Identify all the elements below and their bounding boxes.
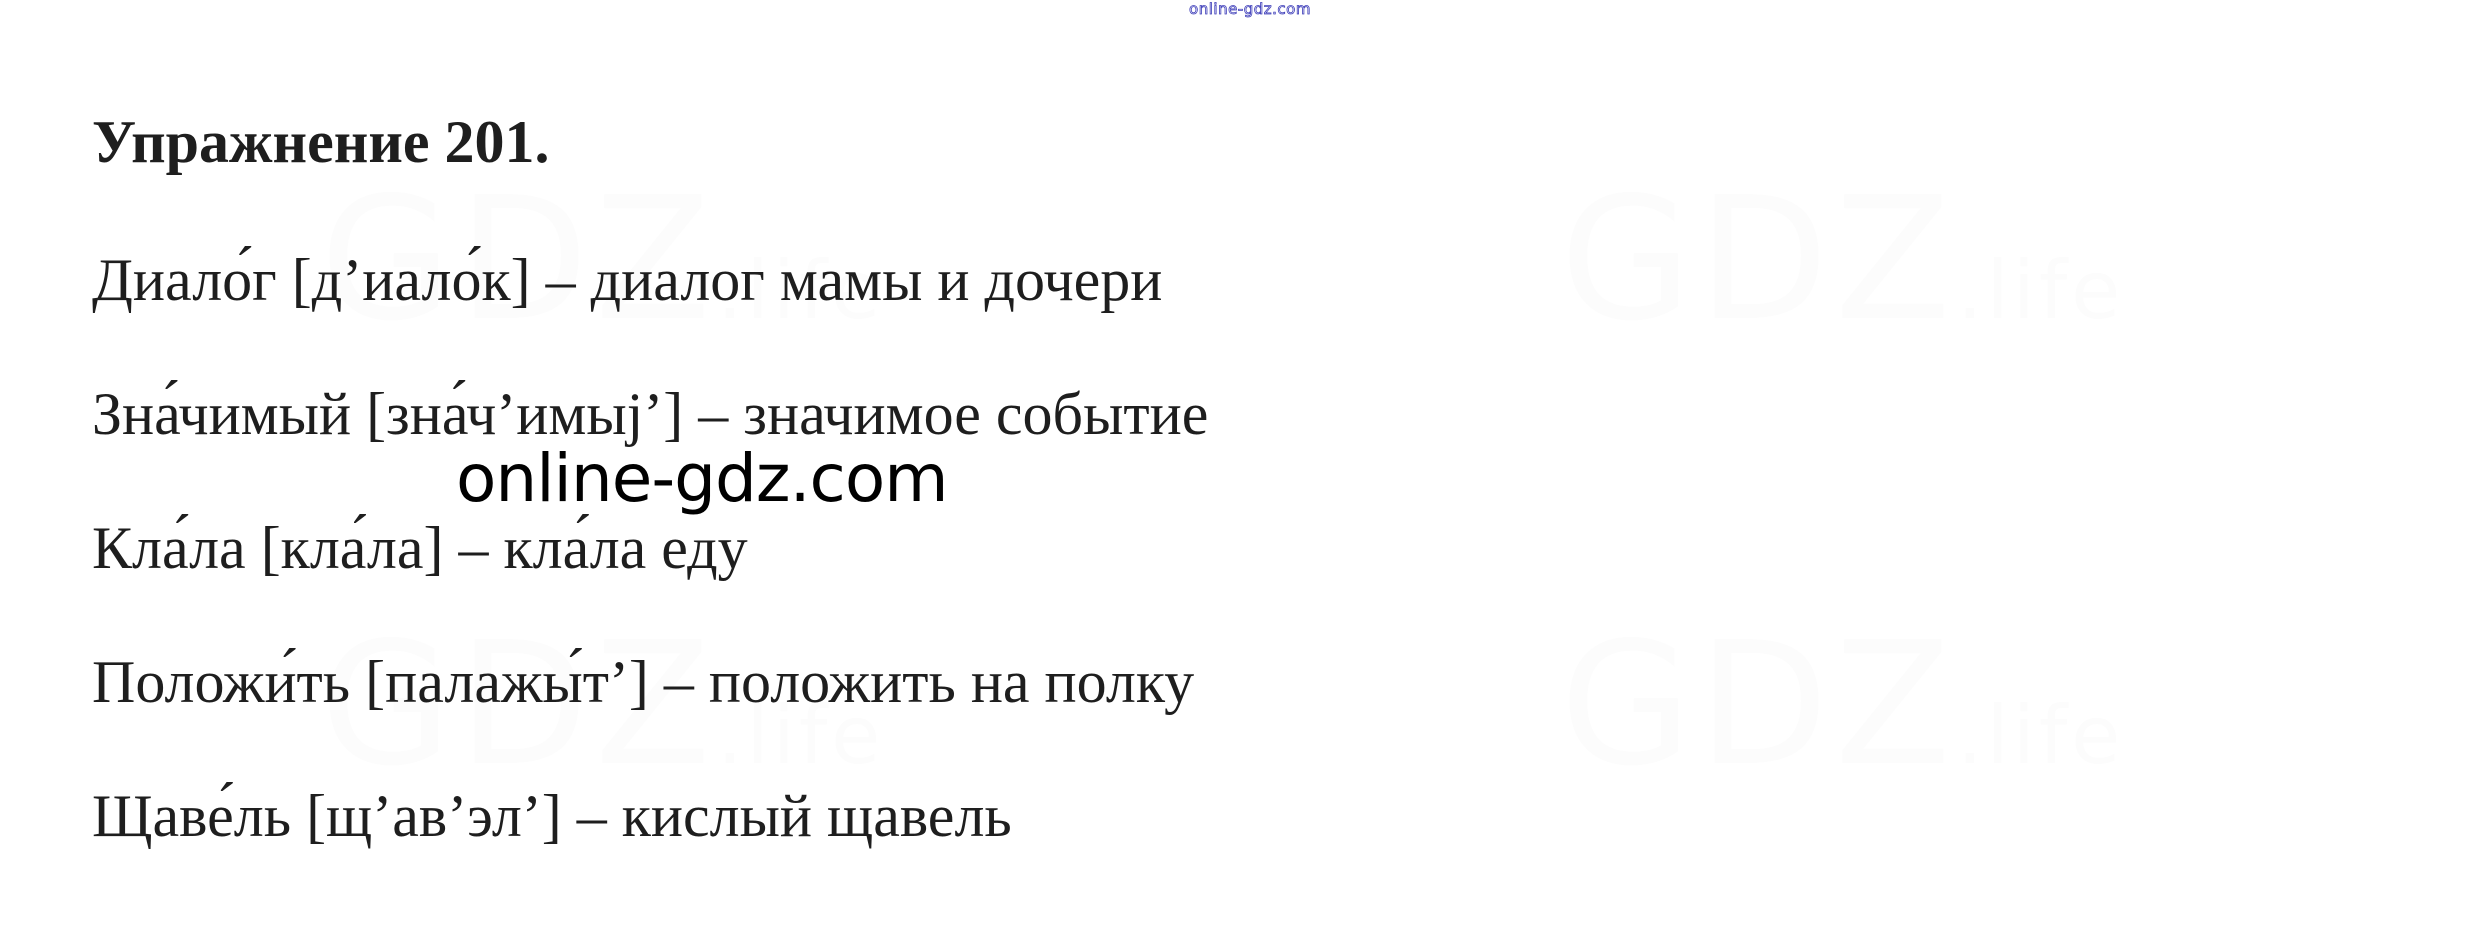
background-watermark: GDZ.life bbox=[1560, 175, 2124, 345]
exercise-entry: Щаве́ль [щ’ав’эл’] – кислый щавель bbox=[92, 786, 1012, 846]
exercise-entry: Положи́ть [палажы́т’] – положить на полк… bbox=[92, 652, 1194, 712]
exercise-entry: Кла́ла [кла́ла] – кла́ла еду bbox=[92, 518, 748, 578]
exercise-entry: Зна́чимый [зна́ч’имыj’] – значимое событ… bbox=[92, 384, 1208, 444]
watermark-suffix-text: .life bbox=[1957, 689, 2124, 782]
top-site-watermark: online-gdz.com bbox=[1180, 0, 1320, 18]
overlay-site-watermark: online-gdz.com bbox=[456, 446, 948, 512]
watermark-suffix-text: .life bbox=[1957, 244, 2124, 337]
exercise-entry: Диало́г [д’иало́к] – диалог мамы и дочер… bbox=[92, 250, 1162, 310]
background-watermark: GDZ.life bbox=[1560, 620, 2124, 790]
watermark-main-text: GDZ bbox=[1560, 606, 1957, 804]
exercise-title: Упражнение 201. bbox=[92, 112, 550, 172]
watermark-main-text: GDZ bbox=[1560, 161, 1957, 359]
